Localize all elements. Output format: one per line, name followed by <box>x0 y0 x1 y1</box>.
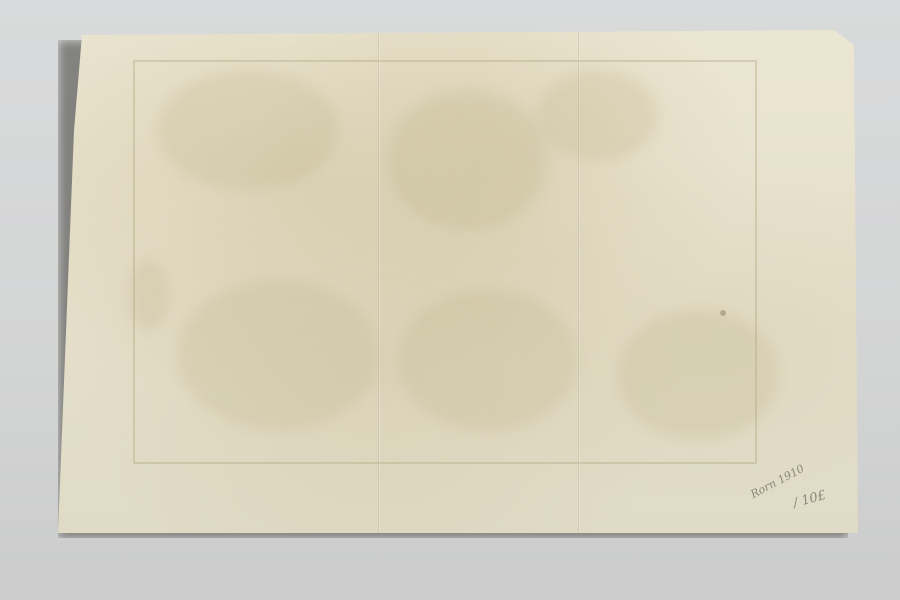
show-through-stain <box>388 90 548 230</box>
pencil-annotation-2: / 10£ <box>792 488 828 511</box>
show-through-stain <box>398 290 578 430</box>
map-sheet-verso: Rorn 1910 / 10£ <box>58 30 858 533</box>
show-through-stain <box>158 70 338 190</box>
show-through-stain <box>538 70 658 160</box>
ink-spot <box>720 310 726 316</box>
show-through-stain <box>128 260 168 330</box>
show-through-stain <box>178 280 378 430</box>
fold-line-left <box>378 30 380 533</box>
show-through-stain <box>618 310 778 440</box>
